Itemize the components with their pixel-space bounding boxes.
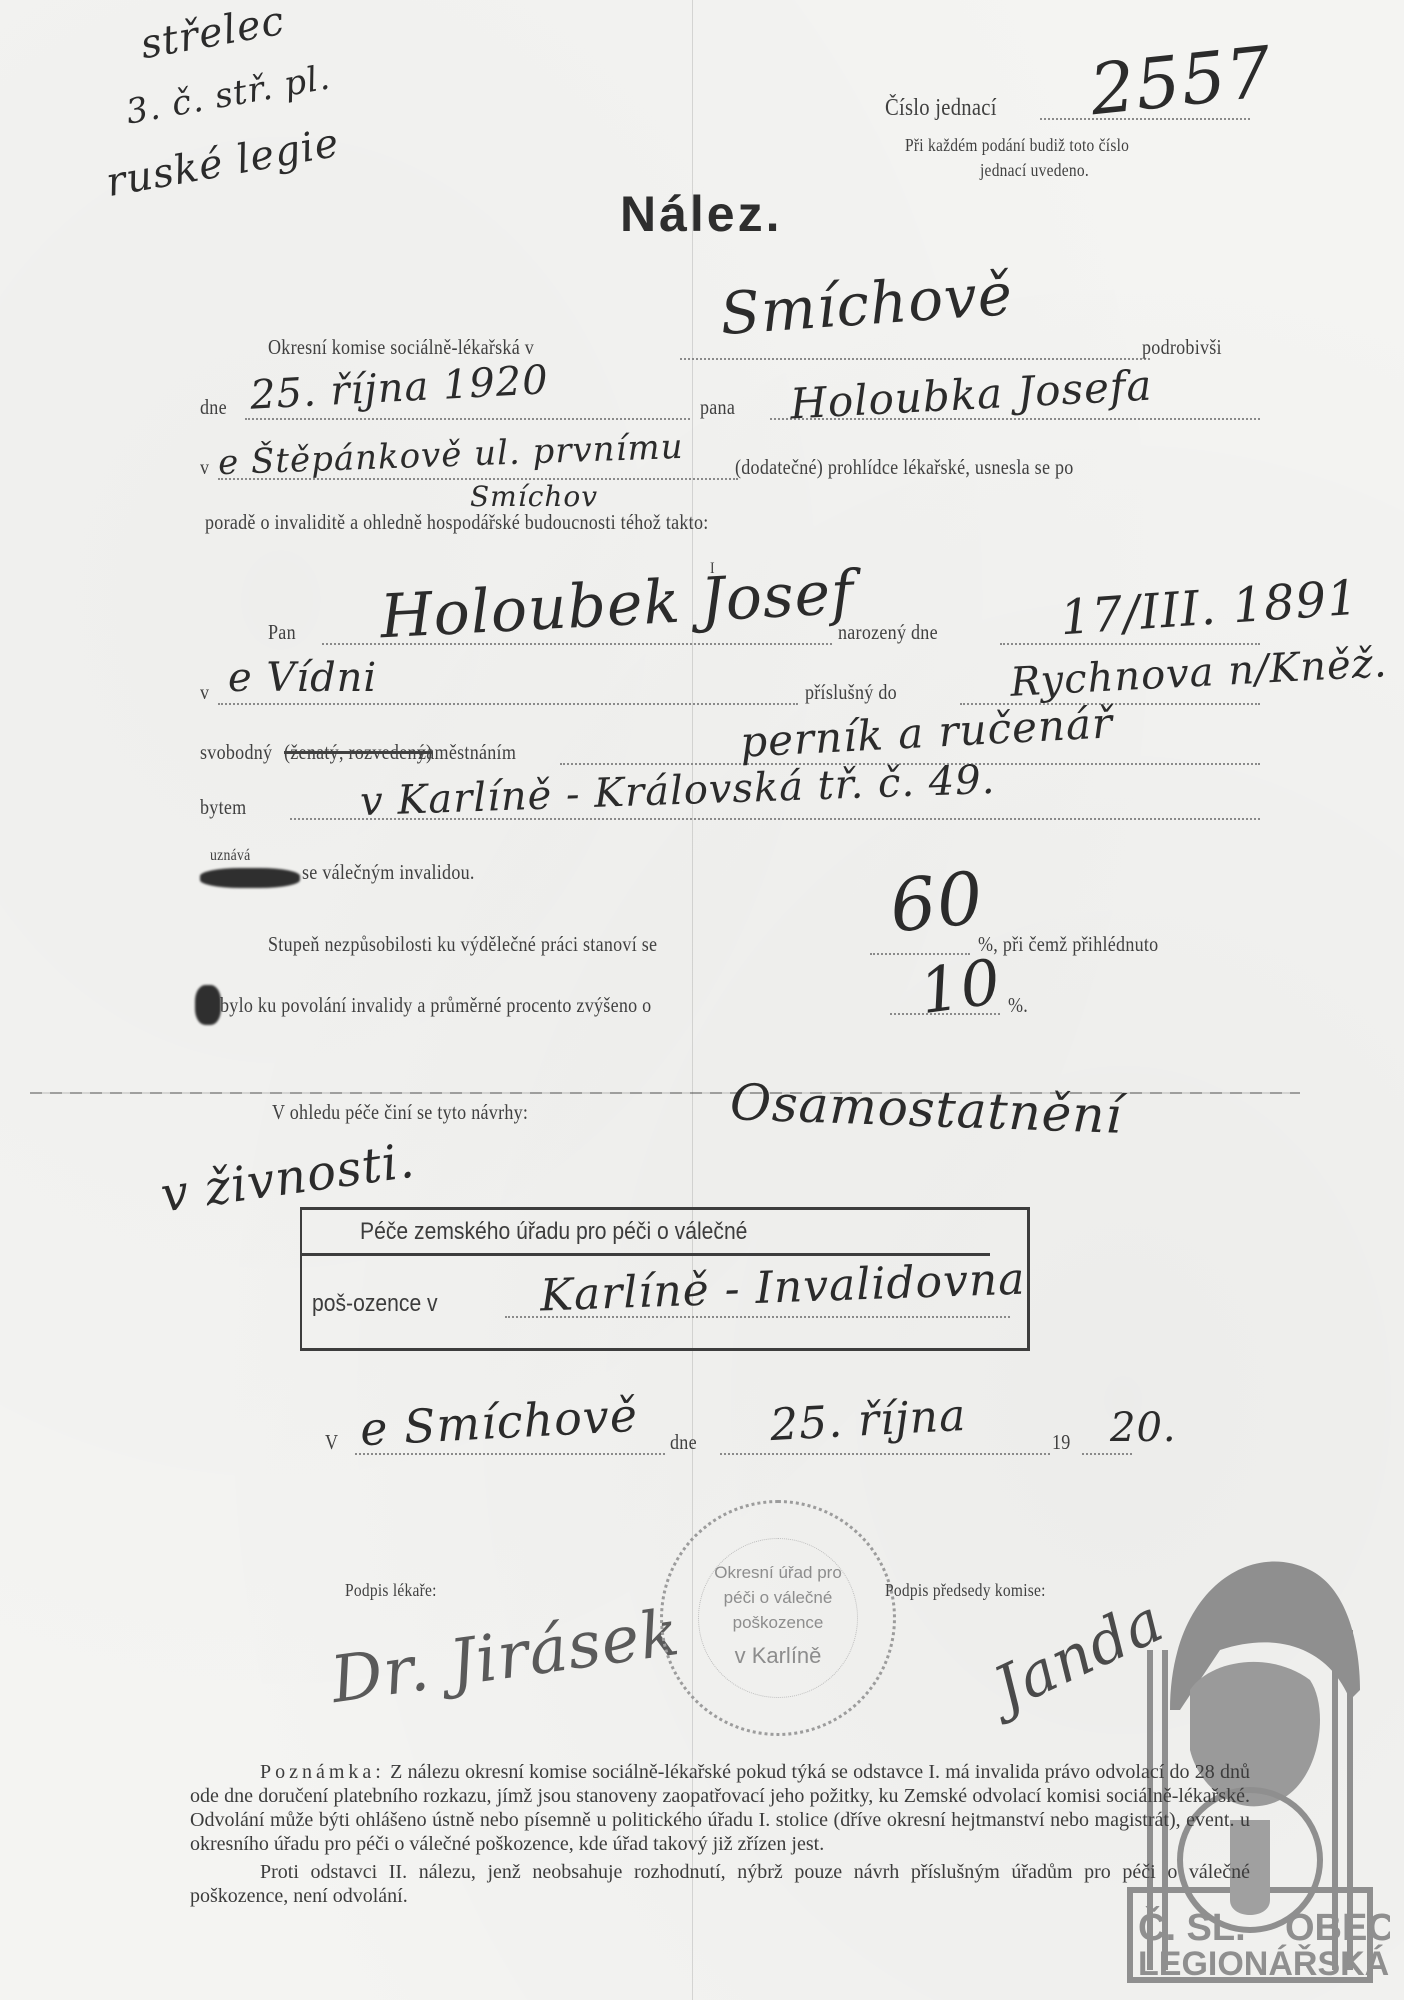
after-place-text: podrobivši: [1142, 335, 1222, 360]
care-label: V ohledu péče činí se tyto návrhy:: [272, 1100, 528, 1125]
intro-line-3: poradě o invaliditě a ohledně hospodářsk…: [205, 510, 709, 535]
raise-text: bylo ku povolání invalidy a průměrné pro…: [220, 993, 651, 1018]
office-stamp-line-1: Péče zemského úřadu pro péči o válečné: [360, 1218, 747, 1246]
signoff-year-dotted-line: [1082, 1453, 1132, 1455]
born-dotted-line: [1000, 643, 1260, 645]
signoff-year-prefix: 19: [1052, 1430, 1071, 1455]
occupation-label: zaměstnáním: [418, 740, 516, 765]
logo-line-1-right: OBEC: [1285, 1907, 1390, 1949]
reference-instruction-2: jednací uvedeno.: [980, 160, 1089, 181]
chair-signature-label: Podpis předsedy komise:: [885, 1580, 1046, 1601]
degree-suffix: %, při čemž přihlédnuto: [978, 932, 1158, 957]
round-official-stamp: Okresní úřad pro péči o válečné poškozen…: [660, 1500, 896, 1736]
place-prefix: v: [200, 455, 209, 480]
birthplace: e Vídni: [228, 655, 377, 701]
in-dotted-line: [218, 703, 798, 705]
born-label: narozený dne: [838, 620, 938, 645]
raise-suffix: %.: [1008, 993, 1028, 1018]
raise-value: 10: [915, 945, 1005, 1029]
footnote-paragraph-2: Proti odstavci II. nálezu, jenž neobsahu…: [190, 1860, 1250, 1908]
struck-option-ink: [200, 868, 300, 888]
commission-dotted-line: [680, 358, 1150, 360]
footnote-lead: Poznámka:: [260, 1761, 385, 1783]
signoff-place-label: V: [325, 1430, 338, 1455]
reference-label: Číslo jednací: [885, 95, 997, 122]
date-label: dne: [200, 395, 227, 420]
status-other-struck: (ženatý, rozvedený): [284, 740, 432, 765]
signoff-year: 20.: [1110, 1405, 1177, 1451]
status-free: svobodný: [200, 740, 272, 765]
degree-text: Stupeň nezpůsobilosti ku výdělečné práci…: [268, 932, 657, 957]
round-stamp-line-3: poškozence: [663, 1613, 893, 1633]
recognized-option: uznává: [210, 847, 251, 865]
in-label: v: [200, 680, 209, 705]
date-dotted-line: [245, 418, 690, 420]
mister-label: pana: [700, 395, 735, 420]
signoff-date-label: dne: [670, 1430, 697, 1455]
legion-logo-watermark: Č. SL. OBEC LEGIONÁŘSKÁ: [1110, 1530, 1390, 1985]
office-stamp-line-2-label: poš-ozence v: [312, 1290, 438, 1318]
recognized-text: se válečným invalidou.: [302, 860, 475, 885]
reference-instruction-1: Při každém podání budiž toto číslo: [905, 135, 1129, 156]
signoff-date: 25. října: [769, 1390, 968, 1451]
residence-label: bytem: [200, 795, 246, 820]
place-sub: Smíchov: [470, 480, 598, 513]
pan-label: Pan: [268, 620, 296, 645]
logo-line-1-left: Č. SL.: [1138, 1904, 1246, 1949]
struck-bracket-ink: [195, 985, 221, 1025]
footnote: Poznámka: Z nálezu okresní komise sociál…: [190, 1760, 1250, 1908]
round-stamp-line-1: Okresní úřad pro: [663, 1563, 893, 1583]
doctor-signature-label: Podpis lékaře:: [345, 1580, 437, 1601]
round-stamp-line-4: v Karlíně: [663, 1643, 893, 1669]
signoff-date-dotted-line: [720, 1453, 1050, 1455]
office-stamp-divider: [300, 1253, 990, 1256]
exam-text: (dodatečné) prohlídce lékařské, usnesla …: [735, 455, 1074, 480]
document-title: Nález.: [620, 185, 783, 243]
round-stamp-line-2: péči o válečné: [663, 1588, 893, 1608]
commission-label: Okresní komise sociálně-lékařská v: [268, 335, 534, 360]
domicile-label: příslušný do: [805, 680, 897, 705]
degree-value: 60: [886, 855, 988, 948]
logo-line-2: LEGIONÁŘSKÁ: [1138, 1945, 1389, 1983]
